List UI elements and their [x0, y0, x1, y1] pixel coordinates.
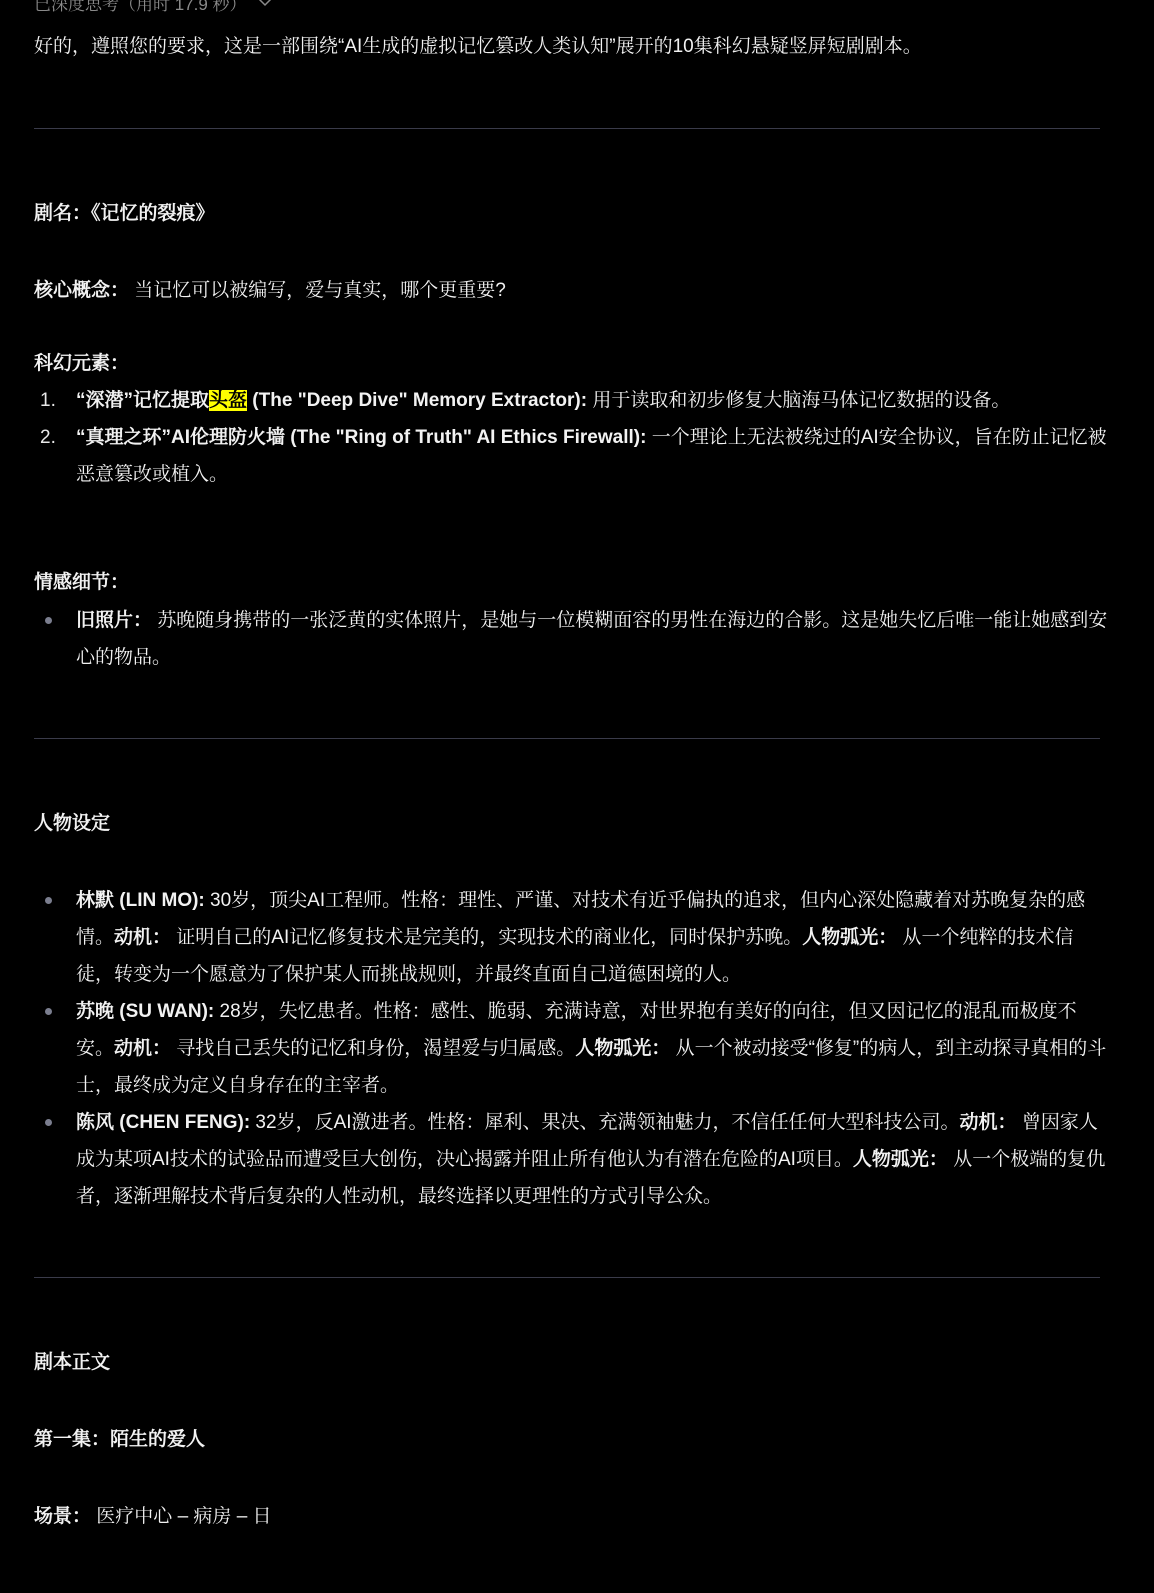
bullet-dot: [45, 897, 52, 904]
character-name: 苏晚 (SU WAN):: [76, 1001, 214, 1022]
list-item: 1. “深潜”记忆提取头盔 (The "Deep Dive" Memory Ex…: [34, 382, 1110, 419]
motive-text: 证明自己的AI记忆修复技术是完美的，实现技术的商业化，同时保护苏晚。: [171, 927, 802, 948]
motive-label: 动机：: [114, 1038, 171, 1059]
list-item: 2. “真理之环”AI伦理防火墙 (The "Ring of Truth" AI…: [34, 419, 1110, 493]
core-concept-value: 当记忆可以被编写，爱与真实，哪个更重要?: [129, 280, 506, 301]
bullet-dot: [45, 1119, 52, 1126]
characters-heading: 人物设定: [34, 809, 110, 839]
characters-list: 林默 (LIN MO): 30岁，顶尖AI工程师。性格：理性、严谨、对技术有近乎…: [34, 882, 1110, 1215]
scene-value: 医疗中心 – 病房 – 日: [91, 1506, 272, 1527]
motive-text: 寻找自己丢失的记忆和身份，渴望爱与归属感。: [171, 1038, 575, 1059]
core-concept-label: 核心概念：: [34, 280, 129, 301]
character-item: 陈风 (CHEN FENG): 32岁，反AI激进者。性格：犀利、果决、充满领袖…: [34, 1104, 1110, 1215]
bullet-dot: [45, 617, 52, 624]
motive-label: 动机：: [960, 1112, 1017, 1133]
item-title-en: (The "Deep Dive" Memory Extractor):: [247, 390, 587, 411]
script-heading: 剧本正文: [34, 1348, 110, 1378]
scene-line: 场景： 医疗中心 – 病房 – 日: [34, 1502, 272, 1532]
core-concept: 核心概念： 当记忆可以被编写，爱与真实，哪个更重要?: [34, 276, 506, 306]
list-marker: 1.: [40, 382, 56, 419]
chevron-down-icon: [257, 0, 273, 10]
scifi-heading: 科幻元素：: [34, 349, 129, 379]
divider: [34, 1277, 1100, 1278]
character-desc: 32岁，反AI激进者。性格：犀利、果决、充满领袖魅力，不信任任何大型科技公司。: [250, 1112, 959, 1133]
emotion-heading: 情感细节：: [34, 568, 129, 598]
thinking-toggle[interactable]: 已深度思考（用时 17.9 秒）: [34, 0, 273, 13]
item-title: “真理之环”AI伦理防火墙 (The "Ring of Truth" AI Et…: [76, 427, 646, 448]
character-name: 林默 (LIN MO):: [76, 890, 205, 911]
arc-label: 人物弧光：: [575, 1038, 670, 1059]
episode-title: 第一集：陌生的爱人: [34, 1425, 205, 1455]
character-item: 林默 (LIN MO): 30岁，顶尖AI工程师。性格：理性、严谨、对技术有近乎…: [34, 882, 1110, 993]
arc-label: 人物弧光：: [802, 927, 897, 948]
highlighted-text: 头盔: [209, 390, 247, 411]
bullet-dot: [45, 1008, 52, 1015]
item-text: 用于读取和初步修复大脑海马体记忆数据的设备。: [587, 390, 1010, 411]
motive-label: 动机：: [114, 927, 171, 948]
character-item: 苏晚 (SU WAN): 28岁，失忆患者。性格：感性、脆弱、充满诗意，对世界抱…: [34, 993, 1110, 1104]
scene-label: 场景：: [34, 1506, 91, 1527]
title-value: 《记忆的裂痕》: [91, 203, 215, 224]
divider: [34, 128, 1100, 129]
item-text: 苏晚随身携带的一张泛黄的实体照片，是她与一位模糊面容的男性在海边的合影。这是她失…: [76, 610, 1107, 668]
item-title: 旧照片：: [76, 610, 152, 631]
thinking-label: 已深度思考（用时 17.9 秒）: [34, 0, 247, 15]
intro-text: 好的，遵照您的要求，这是一部围绕“AI生成的虚拟记忆篡改人类认知”展开的10集科…: [34, 32, 922, 62]
item-title: “深潜”记忆提取: [76, 390, 209, 411]
list-marker: 2.: [40, 419, 56, 456]
title-line: 剧名：《记忆的裂痕》: [34, 199, 215, 229]
scifi-list: 1. “深潜”记忆提取头盔 (The "Deep Dive" Memory Ex…: [34, 382, 1110, 493]
title-label: 剧名：: [34, 203, 91, 224]
list-item: 旧照片： 苏晚随身携带的一张泛黄的实体照片，是她与一位模糊面容的男性在海边的合影…: [34, 602, 1110, 676]
emotion-list: 旧照片： 苏晚随身携带的一张泛黄的实体照片，是她与一位模糊面容的男性在海边的合影…: [34, 602, 1110, 676]
arc-label: 人物弧光：: [853, 1149, 948, 1170]
character-name: 陈风 (CHEN FENG):: [76, 1112, 250, 1133]
divider: [34, 738, 1100, 739]
